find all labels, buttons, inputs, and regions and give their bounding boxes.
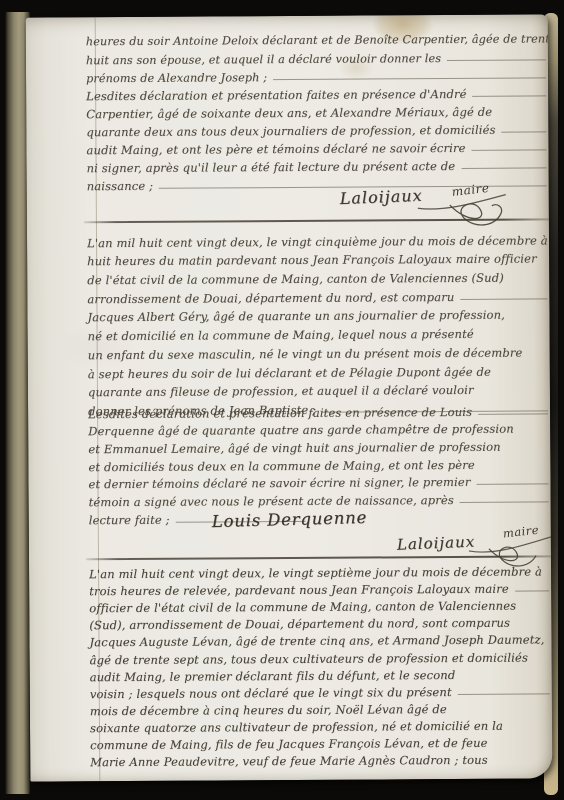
manuscript-line: Jacques Albert Géry, âgé de quarante un … [87, 303, 550, 325]
manuscript-line: Derquenne âgé de quarante quatre ans gar… [88, 418, 551, 439]
manuscript-line: et Emmanuel Lemaire, âgé de vingt huit a… [88, 436, 551, 457]
manuscript-line: un enfant du sexe masculin, né le vingt … [88, 341, 551, 363]
manuscript-line: âgé de trente sept ans, tous deux cultiv… [90, 647, 553, 667]
manuscript-line: à sept heures du soir de lui déclarant e… [88, 359, 551, 381]
manuscript-line: trois heures de relevée, pardevant nous … [89, 578, 552, 598]
act1-closing-paragraph: heures du soir Antoine Deloix déclarant … [86, 27, 549, 85]
manuscript-line: commune de Maing, fils de feu Jacques Fr… [90, 732, 552, 752]
signature-name: Laloijaux [397, 533, 476, 554]
manuscript-line: Carpentier, âgé de soixante deux ans, et… [86, 100, 549, 121]
manuscript-line: L'an mil huit cent vingt deux, le vingt … [87, 228, 550, 250]
manuscript-line: de l'état civil de la commune de Maing, … [87, 266, 550, 288]
manuscript-line: Jacques Auguste Lévan, âgé de trente cin… [89, 630, 552, 650]
act2-paragraph: L'an mil huit cent vingt deux, le vingt … [87, 228, 551, 418]
manuscript-line: soixante quatorze ans cultivateur de pro… [90, 715, 552, 735]
manuscript-line: quarante deux ans tous deux journaliers … [86, 118, 549, 139]
manuscript-line: huit heures du matin pardevant nous Jean… [87, 247, 550, 269]
manuscript-line: L'an mil huit cent vingt deux, le vingt … [89, 561, 552, 581]
manuscript-line: Marie Anne Peaudevitre, veuf de feue Mar… [90, 749, 552, 769]
mayor-signature-act1: Laloijaux maire [340, 181, 545, 232]
manuscript-line: (Sud), arrondissement de Douai, départem… [89, 613, 552, 633]
document-scan: heures du soir Antoine Deloix déclarant … [0, 0, 564, 800]
act1-witnesses-paragraph: Lesdites déclaration et présentation fai… [86, 82, 550, 193]
manuscript-line: heures du soir Antoine Deloix déclarant … [86, 27, 549, 48]
act3-paragraph: L'an mil huit cent vingt deux, le vingt … [89, 561, 552, 769]
manuscript-line: officier de l'état civil de la commune d… [89, 596, 552, 616]
witness-signature: Louis Derquenne [212, 508, 368, 531]
manuscript-page: heures du soir Antoine Deloix déclarant … [26, 14, 553, 781]
signature-name: Laloijaux [339, 186, 423, 208]
act2-witnesses-paragraph: Lesdites déclaration et présentation fai… [88, 400, 552, 527]
